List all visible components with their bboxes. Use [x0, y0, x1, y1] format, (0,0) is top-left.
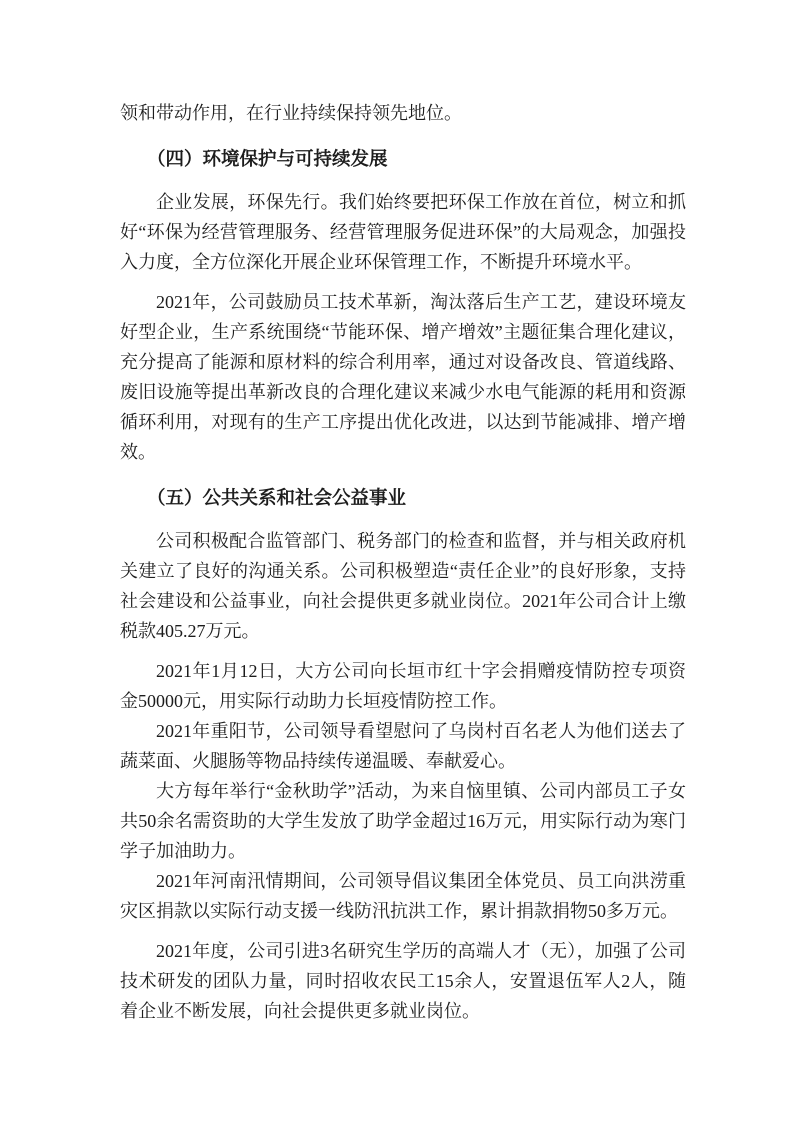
- paragraph-public-relations-tax: 公司积极配合监管部门、税务部门的检查和监督，并与相关政府机关建立了良好的沟通关系…: [120, 526, 686, 646]
- paragraph-henan-flood-donation: 2021年河南汛情期间，公司领导倡议集团全体党员、员工向洪涝重灾区捐款以实际行动…: [120, 866, 686, 926]
- paragraph-red-cross-donation: 2021年1月12日，大方公司向长垣市红十字会捐赠疫情防控专项资金50000元，…: [120, 656, 686, 716]
- paragraph-autumn-scholarship: 大方每年举行“金秋助学”活动，为来自恼里镇、公司内部员工子女共50余名需资助的大…: [120, 776, 686, 866]
- paragraph-talent-recruitment: 2021年度，公司引进3名研究生学历的高端人才（无），加强了公司技术研发的团队力…: [120, 936, 686, 1026]
- document-content: 领和带动作用，在行业持续保持领先地位。 （四）环境保护与可持续发展 企业发展，环…: [120, 98, 686, 1026]
- paragraph-environment-policy: 企业发展，环保先行。我们始终要把环保工作放在首位，树立和抓好“环保为经营管理服务…: [120, 187, 686, 277]
- paragraph-chongyang-festival: 2021年重阳节，公司领导看望慰问了乌岗村百名老人为他们送去了蔬菜面、火腿肠等物…: [120, 716, 686, 776]
- paragraph-2021-technical-innovation: 2021年，公司鼓励员工技术革新，淘汰落后生产工艺，建设环境友好型企业，生产系统…: [120, 287, 686, 467]
- paragraph-continuation: 领和带动作用，在行业持续保持领先地位。: [120, 98, 686, 128]
- section-heading-4: （四）环境保护与可持续发展: [120, 145, 686, 175]
- section-heading-5: （五）公共关系和社会公益事业: [120, 484, 686, 514]
- document-page: 领和带动作用，在行业持续保持领先地位。 （四）环境保护与可持续发展 企业发展，环…: [0, 0, 800, 1131]
